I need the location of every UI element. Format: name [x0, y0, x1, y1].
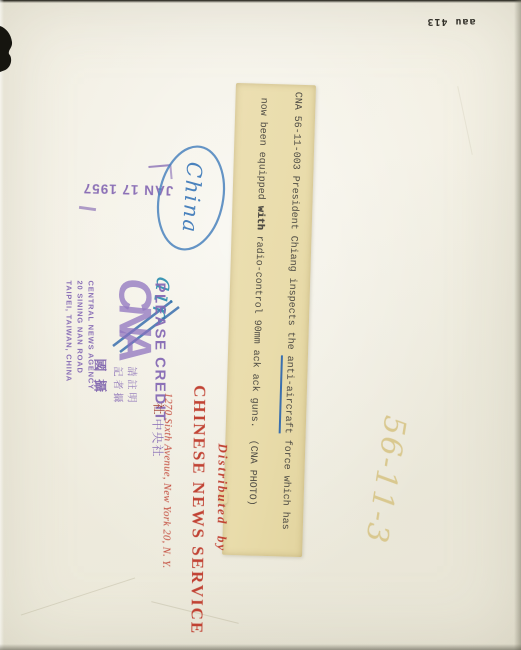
caption-line2-pre: now been equipped: [254, 98, 268, 206]
cns-distribution-stamp: Distributed by CHINESE NEWS SERVICE 1270…: [137, 382, 236, 611]
paper-crease: [457, 86, 473, 155]
paper-top-edge: [0, 0, 521, 3]
caption-underlined-phrase: anti-aircraft: [279, 355, 295, 433]
cna-logo: CNA: [113, 276, 159, 358]
cns-service-name: CHINESE NEWS SERVICE: [186, 385, 209, 635]
caption-strip: CNA 56-11-003 President Chiang inspects …: [222, 83, 316, 557]
date-stamp-frame-fragment: [79, 206, 96, 211]
pencil-filing-code-text: 56-11-3: [358, 413, 413, 547]
caption-line-2: now been equipped with radio-control 90m…: [245, 98, 268, 506]
paper-bottom-edge: [0, 644, 521, 650]
cna-address-line2: 20 SINING NAN ROAD: [75, 281, 86, 390]
cns-distributed-by: Distributed by: [213, 443, 230, 552]
caption-text: CNA 56-11-003 President Chiang inspects …: [226, 90, 312, 550]
cna-address-line1: CENTRAL NEWS AGENCY: [86, 281, 97, 390]
cns-address: 1270 Sixth Avenue, New York 20, N. Y.: [160, 393, 173, 569]
handwritten-circled-word: China: [153, 141, 231, 255]
paper-left-edge: [0, 0, 4, 650]
caption-overstruck-word: with: [254, 206, 266, 230]
caption-line-1: CNA 56-11-003 President Chiang inspects …: [279, 92, 303, 530]
photo-verso: aau 413 CNA 56-11-003 President Chiang i…: [0, 0, 521, 650]
cna-cjk-small2: 記者攝: [112, 367, 127, 406]
cna-address: CENTRAL NEWS AGENCY 20 SINING NAN ROAD T…: [64, 281, 97, 390]
caption-line2-post: radio-control 90mm ack ack guns. (CNA PH…: [245, 230, 264, 506]
paper-right-edge: [514, 0, 521, 650]
pencil-filing-code: 56-11-3: [330, 412, 440, 548]
paper-crease: [21, 577, 135, 615]
handwritten-word-china: China: [178, 161, 207, 235]
tape-mark: [0, 23, 16, 75]
caption-line1-pre: CNA 56-11-003 President Chiang inspects …: [284, 92, 303, 356]
cna-address-line3: TAIPEI, TAIWAN, CHINA: [64, 281, 75, 390]
archive-code: aau 413: [420, 16, 482, 27]
caption-line1-post: force which has: [279, 433, 293, 529]
